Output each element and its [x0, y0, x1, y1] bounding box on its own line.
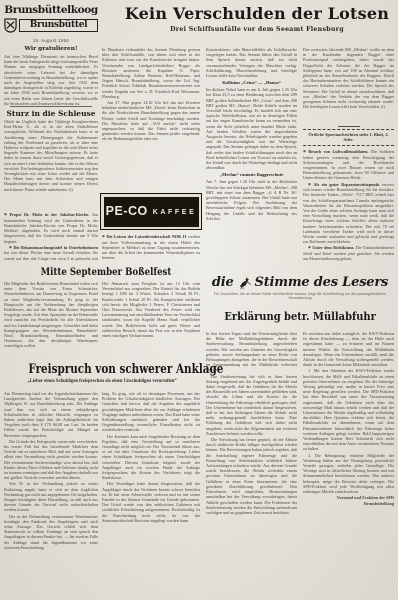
- brief-lead: Unter dem Richtkranz.: [312, 245, 354, 250]
- brief-marker: ✱: [4, 213, 7, 217]
- lead-headline: Kein Verschulden der Lotsen: [120, 6, 394, 23]
- lead-article-header: Kein Verschulden der Lotsen Drei Schiffs…: [120, 6, 394, 34]
- newspaper-page: Brunsbüttelkoog Brunsbüttel 15. August 1…: [0, 0, 398, 600]
- brief-item: ✱ Besuch von Luftwaffensoldaten. Die Sol…: [303, 149, 394, 181]
- erklaerung-col4: Es erschien uns daher zuträglich, die KW…: [303, 331, 394, 597]
- col2-brief: ✱ Die Lotsen der Lotsenbrüderschaft NOK …: [102, 234, 200, 264]
- body-paragraph: Es erschien uns daher zuträglich, die KW…: [303, 331, 394, 367]
- body-paragraph: Am 7. Juni gegen 1.30 Uhr stieß in der B…: [206, 179, 297, 221]
- cross-reference-notice: Örtliche Sportnachrichten siehe 1. Blatt…: [303, 129, 394, 146]
- erklaerung-headline: Erklärung betr. Müllabfuhr: [224, 310, 376, 323]
- body-paragraph: Der in der Verhandlung vernommene Wachtm…: [4, 514, 98, 550]
- masthead-title-line2: Brunsbüttel: [19, 19, 98, 33]
- stimme-word-die: die: [212, 276, 234, 289]
- rooster-icon: [237, 275, 252, 290]
- body-paragraph: Die Gründe des Freispruchs waren sehr ve…: [4, 439, 98, 481]
- end-rule: [338, 126, 360, 127]
- bosselfest-col2: Der Abmarsch zum Festplatz ist um 13 Uhr…: [102, 281, 200, 359]
- freispruch-headline: Freispruch von schwerer Anklage: [28, 363, 223, 377]
- freispruch-header: Freispruch von schwerer Anklage „Lieber …: [4, 360, 200, 385]
- divider: [10, 106, 92, 107]
- body-paragraph: 1. Mit den Stimmen der KWV-Fraktion wurd…: [303, 368, 394, 451]
- brief-lead: Besuch von Luftwaffensoldaten.: [308, 149, 368, 154]
- brief-lead: Die Bekanntmachungstafel in Osterbelmhus…: [13, 245, 98, 250]
- brief-text: Die Soldaten haben gestern vormittag ein…: [303, 149, 394, 181]
- erklaerung-header: Erklärung betr. Müllabfuhr: [206, 307, 394, 325]
- stimme-caption: Für Zuschriften, die an dieser Stelle ve…: [206, 292, 394, 300]
- brief-item: ✱ Die Bekanntmachungstafel in Osterbelmh…: [4, 245, 98, 262]
- stimme-word-rest: Stimme des Lesers: [255, 276, 389, 289]
- body-paragraph: In Elmshorn verhandelte das Seeamt Flens…: [102, 47, 200, 99]
- body-paragraph: Der Verteidiger hatte darauf hingewiesen…: [102, 481, 200, 523]
- lead-subhead: Drei Schiffsunfälle vor dem Seeamt Flens…: [120, 26, 394, 34]
- brief-marker: ✱: [303, 149, 306, 153]
- brief-item: ✱ Propst Dr. Mohr in der Jakobus-Kirche.…: [4, 212, 98, 244]
- coffee-ad-panel: PE-CO KAFFEE: [104, 197, 199, 227]
- freispruch-col2: lang. Es ging, wie oft in derartigen Pro…: [102, 391, 200, 597]
- body-paragraph: Im dichten Nebel kam es am 6. Juli gegen…: [206, 87, 297, 170]
- body-paragraph: Das westwärts fahrende MS „Merlan“ wollt…: [303, 47, 394, 109]
- body-paragraph: Der Abmarsch zum Festplatz ist um 13 Uhr…: [102, 281, 200, 338]
- ad-product-name: KAFFEE: [153, 208, 197, 216]
- brief-item: ✱ Die Lotsen der Lotsenbrüderschaft NOK …: [102, 234, 200, 261]
- body-paragraph: Die Kammer kam nach eingehender Beratung…: [102, 434, 200, 481]
- body-paragraph: Glück im Unglück hatte der 54jährige Koo…: [4, 119, 98, 192]
- crest-icon: [4, 18, 17, 33]
- coffee-ad: PE-CO KAFFEE: [100, 193, 202, 230]
- brief-marker: ✱: [9, 245, 12, 249]
- col4-briefs: ✱ Besuch von Luftwaffensoldaten. Die Sol…: [303, 149, 394, 262]
- bosselfest-col1: Die Mitglieder des Boßelvereins Brunsbüt…: [4, 281, 98, 359]
- brief-marker: ✱: [308, 246, 311, 250]
- body-paragraph: Die Verwaltung hat ferner geprüft, ob di…: [206, 437, 297, 515]
- stimme-logo: die Stimme des Lesers: [206, 275, 394, 290]
- brief-text: hat seit dieser Woche eine neue Gestalt …: [4, 250, 98, 262]
- gratulieren-heading: Wir gratulieren!: [4, 46, 98, 53]
- brief-item: ✱ Als ein guter Reparaturstützpunkt erwe…: [303, 182, 394, 245]
- brief-lead: Die Lotsen der Lotsenbrüderschaft NOK II: [106, 234, 186, 239]
- bosselfest-header: Mitte September Boßelfest: [30, 262, 180, 280]
- lead-article-col3: Konstruktions- oder Materialfehler als U…: [206, 47, 297, 276]
- body-paragraph: Auf eine 50jährige Dienstzeit im heimisc…: [4, 54, 98, 105]
- body-paragraph: 2. Die Behauptung, einzelne Mitglieder d…: [303, 453, 394, 495]
- lead-article-col2: In Elmshorn verhandelte das Seeamt Flens…: [102, 47, 200, 191]
- col1-briefs: ✱ Propst Dr. Mohr in der Jakobus-Kirche.…: [4, 212, 98, 262]
- freispruch-col1: Am Donnerstag fand vor der Jugendschutzk…: [4, 391, 98, 597]
- sturz-body: Glück im Unglück hatte der 54jährige Koo…: [4, 119, 98, 209]
- freispruch-subhead: „Lieber einen Schuldigen freisprechen al…: [4, 379, 200, 385]
- masthead: Brunsbüttelkoog Brunsbüttel 15. August 1…: [4, 5, 98, 43]
- body-paragraph: Wie W. in der Verhandlung jedoch zu sein…: [4, 481, 98, 512]
- stimme-des-lesers-section: die Stimme des Lesers Für Zuschriften, d…: [206, 275, 394, 300]
- masthead-title-line1: Brunsbüttelkoog: [4, 5, 98, 16]
- brief-text: Am kommenden Sonntag wird der Gottesdien…: [4, 212, 98, 244]
- body-paragraph: Die Mitglieder des Boßelvereins Brunsbüt…: [4, 281, 98, 349]
- brief-marker: ✱: [308, 182, 311, 186]
- body-paragraph: Konstruktions- oder Materialfehler als U…: [206, 47, 297, 78]
- body-paragraph: Am Donnerstag fand vor der Jugendschutzk…: [4, 391, 98, 438]
- ad-brand-name: PE-CO: [106, 205, 148, 218]
- body-paragraph: Am 27. Mai gegen 14.30 Uhr lief das mit …: [102, 100, 200, 142]
- brief-text: erweist sich immer wieder Brunsbüttelkoo…: [303, 182, 394, 245]
- body-paragraph: lang. Es ging, wie oft in derartigen Pro…: [102, 391, 200, 433]
- brief-marker: ✱: [102, 235, 105, 239]
- brief-lead: Propst Dr. Mohr in der Jakobus-Kirche.: [10, 212, 90, 217]
- brief-lead: Als ein guter Reparaturstützpunkt: [313, 182, 379, 187]
- lead-article-col4-body: Das westwärts fahrende MS „Merlan“ wollt…: [303, 47, 394, 124]
- masthead-date: 15. August 1956: [4, 38, 98, 43]
- sturz-heading: Sturz in die Schleuse: [4, 109, 98, 118]
- brief-item: ✱ Unter dem Richtkranz. Die Einfamilienh…: [303, 245, 394, 261]
- signature-line: Vorstand und Fraktion der SPD Brunsbütte…: [303, 495, 394, 505]
- bosselfest-headline: Mitte September Boßelfest: [41, 267, 172, 278]
- gratulieren-body: Auf eine 50jährige Dienstzeit im heimisc…: [4, 54, 98, 105]
- body-paragraph: Die Stadtvertretung hat sich in ihrer le…: [206, 374, 297, 436]
- article-subhead: „Merlan“ rammte Baggerschute: [206, 172, 297, 178]
- lead-article-col4: Das westwärts fahrende MS „Merlan“ wollt…: [303, 47, 394, 276]
- article-subhead: Kollision „Cetus“ — „Hansa“: [206, 80, 297, 86]
